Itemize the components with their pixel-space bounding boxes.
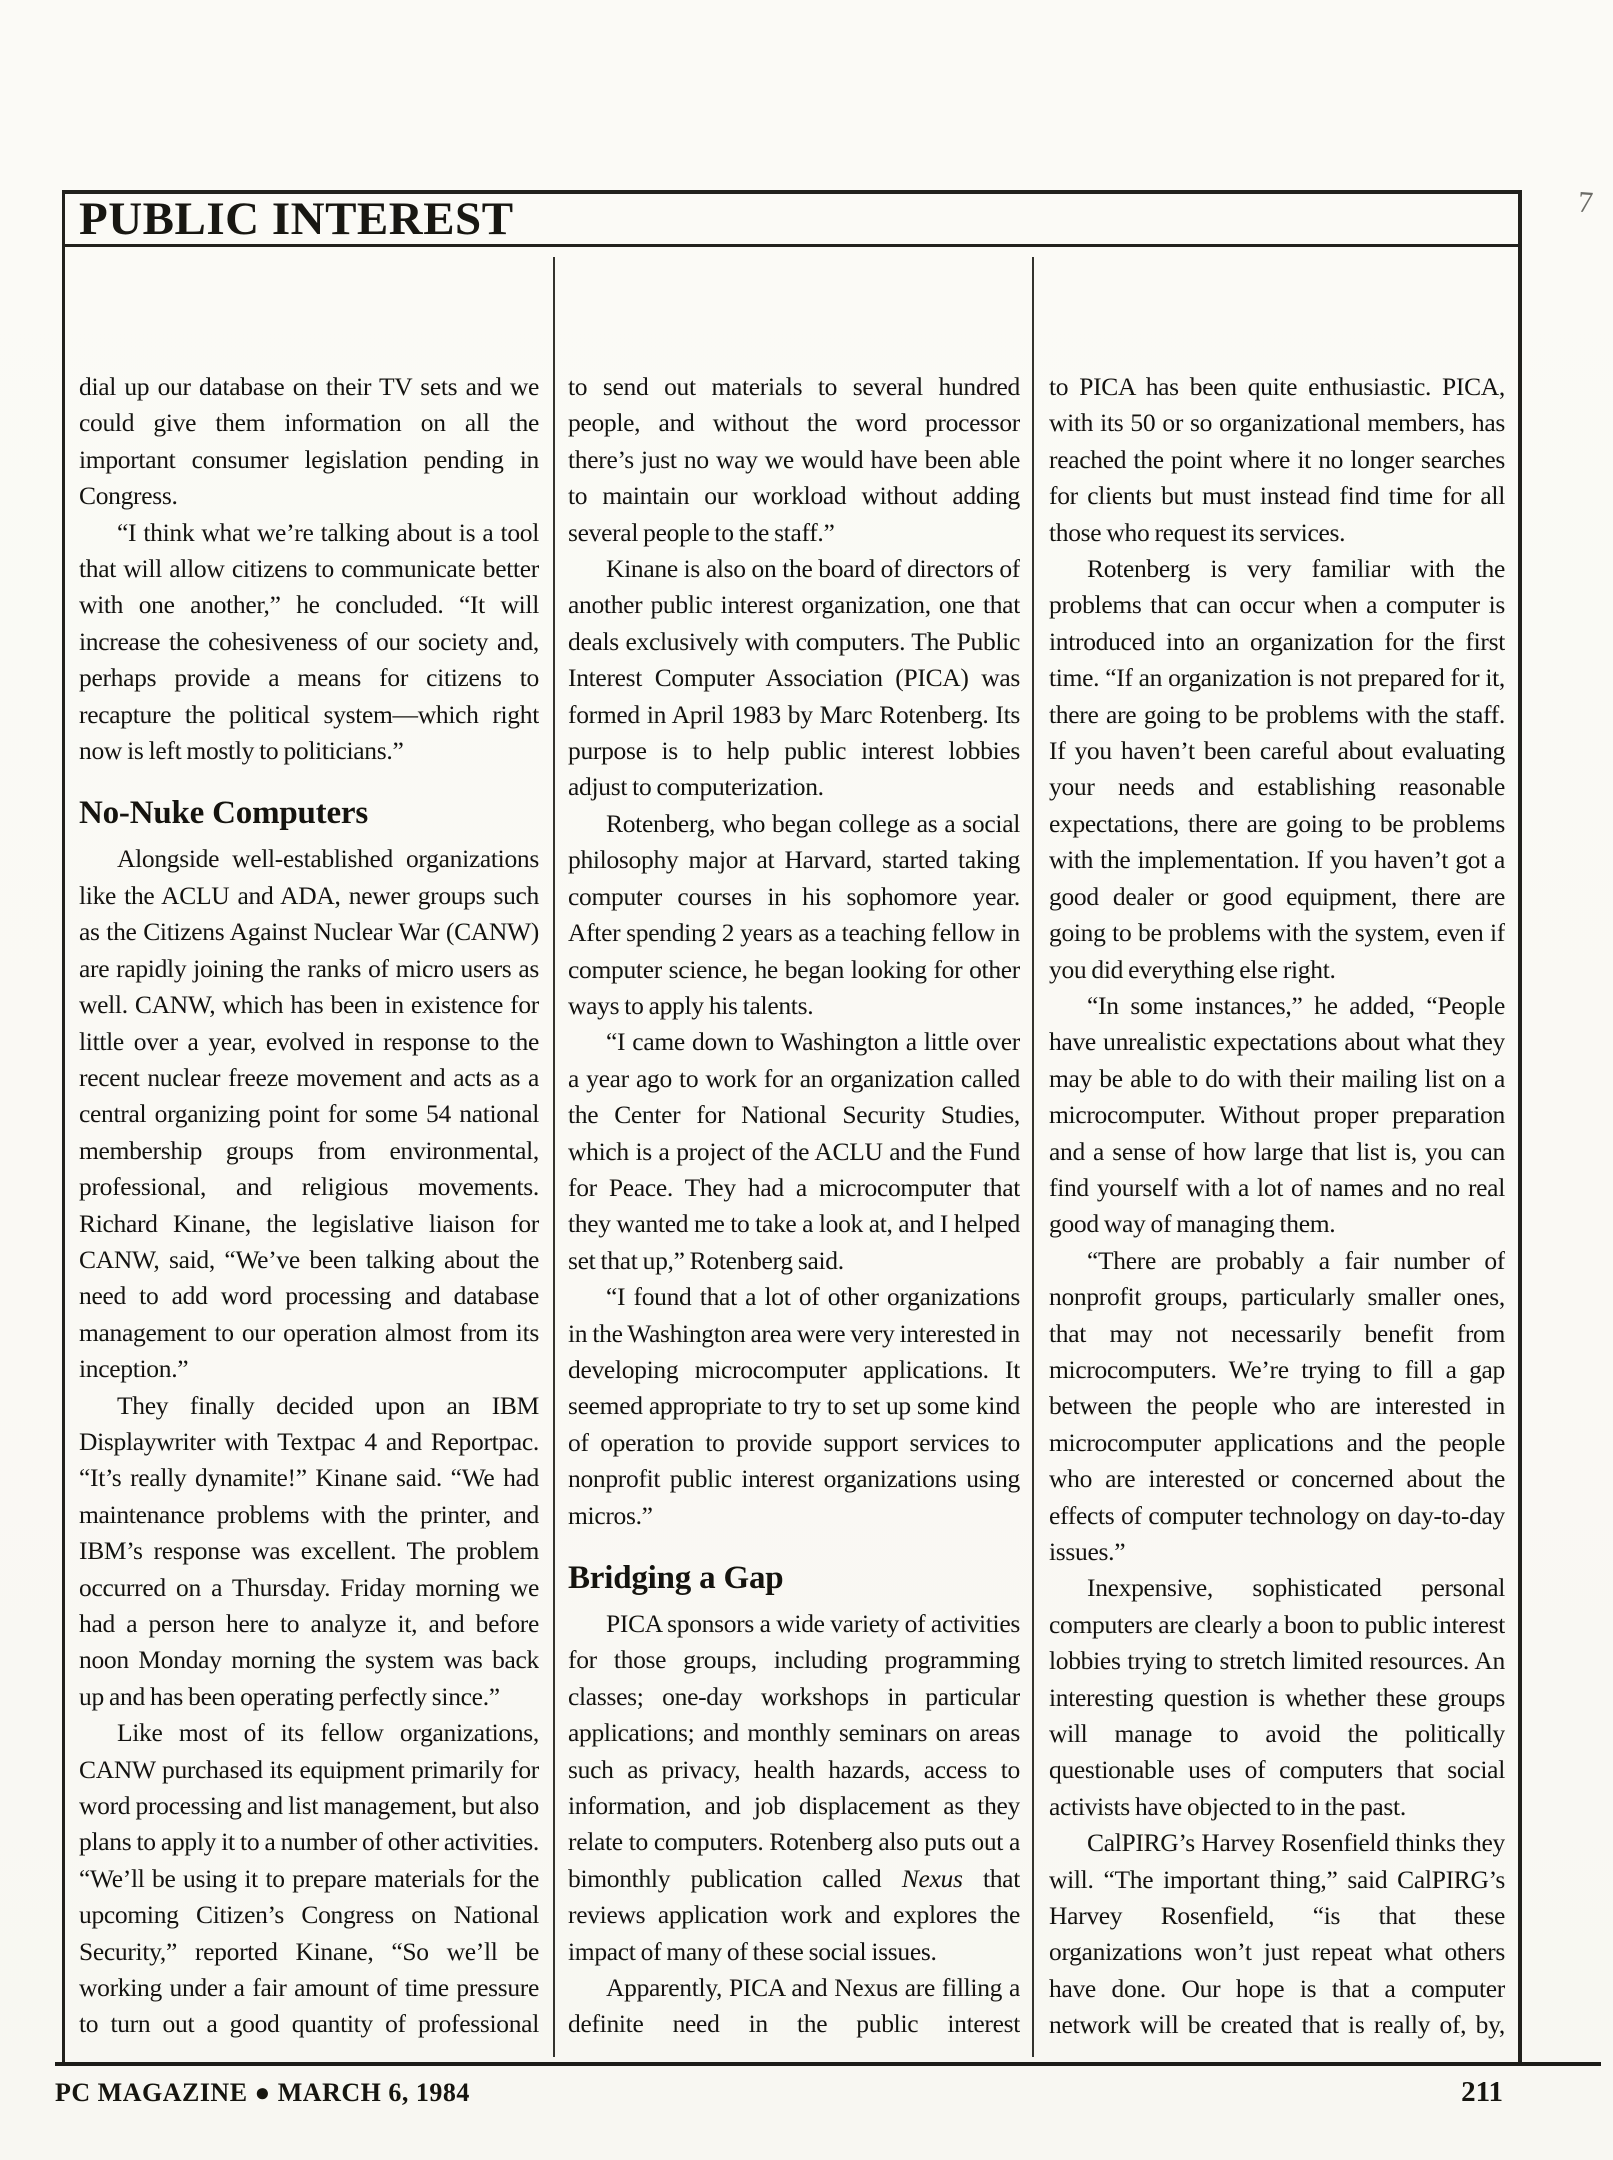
subheading: Bridging a Gap <box>568 1560 1020 1596</box>
paragraph: “I think what we’re talking about is a t… <box>79 515 539 770</box>
paragraph: Rotenberg is very familiar with the prob… <box>1049 551 1505 988</box>
paragraph: CalPIRG’s Harvey Rosenfield thinks they … <box>1049 1825 1505 2047</box>
section-header: PUBLIC INTEREST <box>65 194 1518 247</box>
paragraph: to send out materials to several hundred… <box>568 369 1020 551</box>
paragraph: “I found that a lot of other organizatio… <box>568 1279 1020 1534</box>
paragraph: to PICA has been quite enthusiastic. PIC… <box>1049 369 1505 551</box>
paragraph: Apparently, PICA and Nexus are filling a… <box>568 1970 1020 2047</box>
column-1: dial up our database on their TV sets an… <box>79 369 539 2047</box>
article-content: dial up our database on their TV sets an… <box>65 251 1518 2062</box>
column-divider-1 <box>553 257 555 2057</box>
text-run: PICA sponsors a wide variety of activiti… <box>568 1609 1020 1893</box>
page-number: 211 <box>1461 2076 1503 2109</box>
subheading: No-Nuke Computers <box>79 795 539 831</box>
paragraph: “In some instances,” he added, “People h… <box>1049 988 1505 1243</box>
paragraph: PICA sponsors a wide variety of activiti… <box>568 1606 1020 1970</box>
column-2: to send out materials to several hundred… <box>568 369 1020 2047</box>
handwritten-mark: 7 <box>1577 186 1594 221</box>
paragraph: “I came down to Washington a little over… <box>568 1024 1020 1279</box>
footer-rule <box>55 2062 1601 2066</box>
page-footer: PC MAGAZINE ● MARCH 6, 1984 211 <box>55 2076 1601 2109</box>
paragraph: Alongside well-established organizations… <box>79 841 539 1387</box>
magazine-name-date: PC MAGAZINE ● MARCH 6, 1984 <box>55 2078 470 2108</box>
italic-text: Nexus <box>902 1864 963 1893</box>
column-3: to PICA has been quite enthusiastic. PIC… <box>1049 369 1505 2047</box>
paragraph: “There are probably a fair number of non… <box>1049 1243 1505 1571</box>
magazine-page: 7 PUBLIC INTEREST dial up our database o… <box>0 0 1613 2160</box>
section-title: PUBLIC INTEREST <box>79 196 514 243</box>
end-of-article-marker: ■ <box>1453 2044 1505 2047</box>
paragraph: Like most of its fellow organizations, C… <box>79 1715 539 2047</box>
paragraph: Kinane is also on the board of directors… <box>568 551 1020 806</box>
paragraph: dial up our database on their TV sets an… <box>79 369 539 515</box>
paragraph: Rotenberg, who began college as a social… <box>568 806 1020 1024</box>
article-frame: PUBLIC INTEREST dial up our database on … <box>62 190 1522 2062</box>
paragraph: Inexpensive, sophisticated personal comp… <box>1049 1570 1505 1825</box>
column-divider-2 <box>1032 257 1034 2057</box>
paragraph: They finally decided upon an IBM Display… <box>79 1388 539 1716</box>
